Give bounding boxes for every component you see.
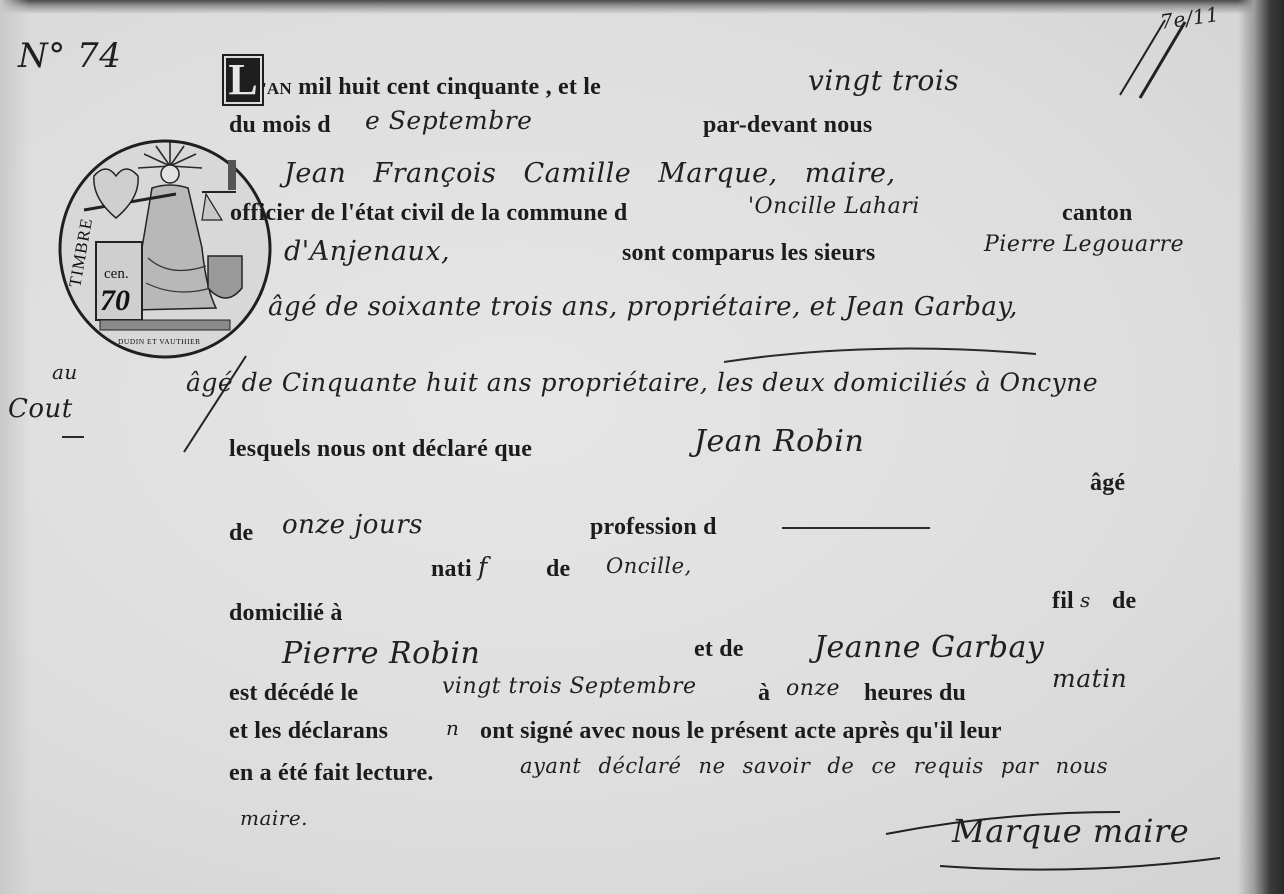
printed-text: du mois d	[229, 112, 331, 139]
svg-text:cen.: cen.	[104, 266, 129, 282]
printed-text: et de	[694, 636, 744, 663]
margin-underline	[62, 436, 84, 438]
handwritten-declaration-note: ayant déclaré ne savoir de ce requis par…	[520, 754, 1108, 778]
handwritten-witness-details: âgé de soixante trois ans, propriétaire,…	[268, 292, 1018, 322]
pen-arc-icon	[720, 340, 1040, 370]
printed-text: heures du	[864, 680, 966, 707]
handwritten-birthplace: Oncille,	[606, 554, 692, 578]
margin-note-line1: au	[52, 360, 78, 384]
left-edge-shade	[0, 0, 30, 894]
handwritten-age: onze jours	[282, 510, 423, 540]
svg-text:70: 70	[100, 284, 130, 317]
handwritten-note-end: maire.	[240, 806, 308, 830]
printed-text: nati	[431, 556, 472, 583]
handwritten-commune: 'Oncille Lahari	[748, 194, 920, 219]
handwritten-plural-suffix: s	[1080, 588, 1091, 612]
handwritten-month: e Septembre	[365, 106, 532, 135]
act-number: N° 74	[18, 36, 121, 76]
handwritten-deceased-name: Jean Robin	[694, 424, 864, 459]
handwritten-negation: n	[446, 716, 459, 740]
drop-cap: L	[222, 54, 264, 106]
corner-strike-icon	[1110, 10, 1220, 100]
printed-text: canton	[1062, 200, 1133, 227]
printed-text: domicilié à	[229, 600, 343, 627]
printed-text: profession d	[590, 514, 717, 541]
printed-text: par-devant nous	[703, 112, 872, 139]
handwritten-witness-2-details: âgé de Cinquante huit ans propriétaire, …	[186, 368, 1098, 397]
printed-text: de	[229, 520, 253, 547]
handwritten-officer-name: Jean François Camille Marque, maire,	[284, 158, 896, 189]
mayor-signature: Marque maire	[952, 812, 1189, 850]
tax-stamp-icon: cen. 70 TIMBRE DUDIN ET VAUTHIER	[56, 138, 274, 360]
book-spine-shadow	[1238, 0, 1284, 894]
printed-text: fil	[1052, 588, 1074, 615]
printed-text: en a été fait lecture.	[229, 760, 434, 787]
printed-text: 'AN mil huit cent cinquante , et le	[262, 74, 601, 101]
printed-text: de	[546, 556, 570, 583]
handwritten-gender-suffix: f	[478, 552, 488, 581]
handwritten-father-name: Pierre Robin	[282, 636, 480, 671]
printed-text: est décédé le	[229, 680, 358, 707]
profession-blank-line	[782, 527, 930, 529]
handwritten-death-hour: onze	[786, 676, 840, 701]
top-edge-shadow	[0, 0, 1284, 14]
handwritten-mother-name: Jeanne Garbay	[814, 630, 1044, 665]
handwritten-canton: d'Anjenaux,	[284, 236, 450, 267]
printed-text: lesquels nous ont déclaré que	[229, 436, 532, 463]
printed-text: officier de l'état civil de la commune d	[230, 200, 627, 227]
handwritten-time-of-day: matin	[1052, 664, 1127, 693]
printed-text: âgé	[1090, 470, 1125, 497]
printed-text: et les déclarans	[229, 718, 388, 745]
margin-note-line2: Cout	[8, 394, 73, 424]
handwritten-witness-1: Pierre Legouarre	[984, 232, 1184, 257]
svg-text:DUDIN ET VAUTHIER: DUDIN ET VAUTHIER	[118, 337, 201, 346]
printed-text: ont signé avec nous le présent acte aprè…	[480, 718, 1002, 745]
printed-text: à	[758, 680, 770, 707]
handwritten-day: vingt trois	[808, 64, 959, 97]
printed-text: de	[1112, 588, 1136, 615]
handwritten-death-date: vingt trois Septembre	[442, 674, 697, 699]
document-page: N° 74 7e/11 L 'AN mil huit cent cinquant…	[0, 0, 1284, 894]
printed-text: sont comparus les sieurs	[622, 240, 875, 267]
